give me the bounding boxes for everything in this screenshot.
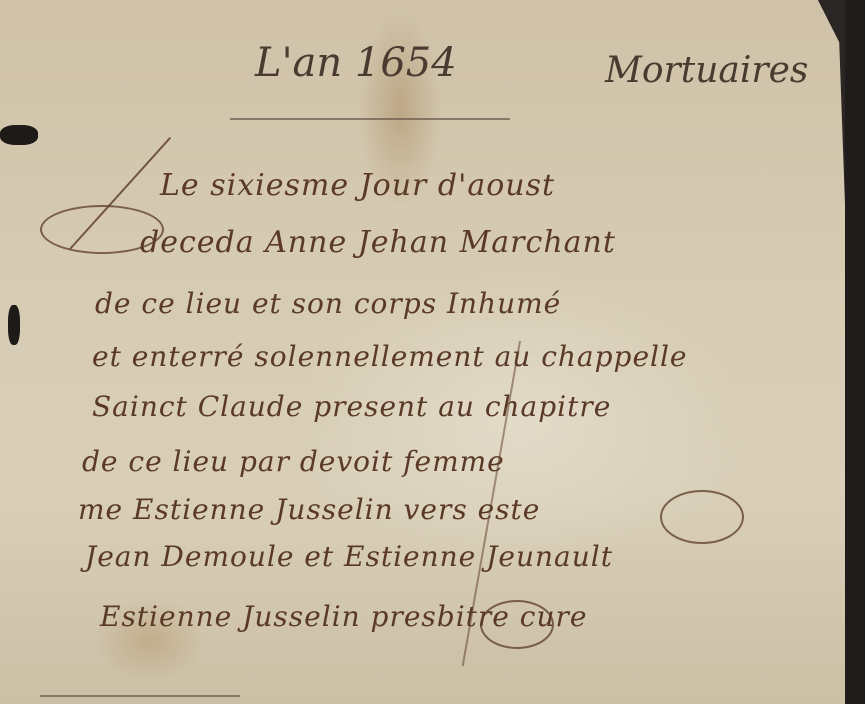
- record-line-5: Sainct Claude present au chapitre: [92, 390, 611, 423]
- record-line-2: deceda Anne Jehan Marchant: [140, 225, 616, 260]
- header-year: L'an 1654: [255, 40, 457, 86]
- record-line-6: de ce lieu par devoit femme: [82, 445, 505, 478]
- background-edge: [845, 0, 865, 704]
- record-line-3: de ce lieu et son corps Inhumé: [95, 287, 561, 320]
- signature-flourish: [480, 600, 554, 649]
- bottom-rule: [40, 695, 240, 697]
- ink-blot: [0, 125, 38, 145]
- header-section: Mortuaires: [605, 50, 808, 91]
- signature-flourish: [660, 490, 744, 544]
- ink-blot: [8, 305, 20, 345]
- record-line-4: et enterré solennellement au chappelle: [92, 340, 688, 373]
- record-line-1: Le sixiesme Jour d'aoust: [160, 168, 555, 203]
- document-page: L'an 1654 Mortuaires Le sixiesme Jour d'…: [0, 0, 852, 704]
- record-line-7: me Estienne Jusselin vers este: [78, 493, 540, 526]
- record-line-8: Jean Demoule et Estienne Jeunault: [85, 540, 613, 573]
- header-underline: [230, 118, 510, 120]
